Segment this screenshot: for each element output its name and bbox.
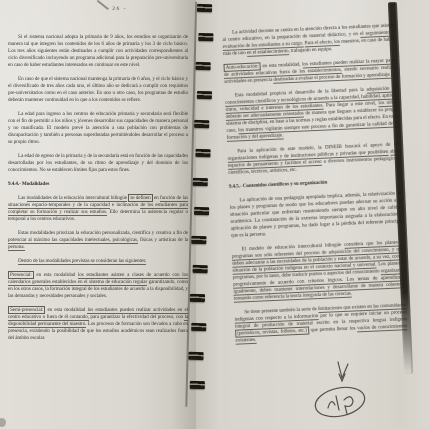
pen-underlined-text: persona. xyxy=(8,244,25,251)
text-segment: en esta modalidad xyxy=(34,272,78,278)
text-segment: En caso de que el sistema nacional mante… xyxy=(8,76,188,103)
text-segment: La edad para ingreso a los centros de ed… xyxy=(8,111,188,145)
section-heading: 9.4.5.- Contenidos científicos y su orga… xyxy=(229,176,401,190)
paragraph: Si el sistema nacional adopta la primari… xyxy=(8,34,188,69)
paragraph: Se tiene presente también la serie de li… xyxy=(234,302,407,344)
binding-tooth xyxy=(190,294,205,302)
text-segment: e inclinación xyxy=(110,202,141,208)
text-segment: La edad de egreso de la primaria y de la… xyxy=(8,153,188,173)
scan-artifact xyxy=(97,0,109,10)
binding-tooth xyxy=(197,91,212,99)
binding-tooth xyxy=(188,352,203,360)
text-segment: en esta modalidad xyxy=(45,307,87,313)
paragraph: La edad para ingreso a los centros de ed… xyxy=(8,111,188,146)
binding-tooth xyxy=(191,236,206,244)
section-heading: 9.4.4.- Modalidades xyxy=(8,181,188,188)
right-page: La actividad docente se centra en la ate… xyxy=(196,0,429,429)
paragraph: Semi-presencial: en esta modalidad los e… xyxy=(8,307,188,342)
paragraph: Auto-educación: en esta modalidad, los e… xyxy=(224,57,397,85)
text-segment: La aplicación de una pedagogía apropiada… xyxy=(230,190,403,238)
page-number: - 26 - xyxy=(106,6,127,12)
paragraph: Estas modalidades priorizan la educación… xyxy=(8,230,188,251)
scan-artifact xyxy=(0,418,6,427)
binding-tooth xyxy=(197,4,212,12)
pen-underlined-text: en el establecimiento xyxy=(247,48,289,57)
left-page: - 26 - Si el sistema nacional adopta la … xyxy=(0,0,196,429)
paragraph: El modelo de educación intercultural bil… xyxy=(231,239,405,302)
binding-tooth xyxy=(191,323,206,331)
text-segment: para garantizar la efectividad del proce… xyxy=(89,314,185,320)
binding-tooth xyxy=(195,149,210,157)
pen-boxed-text: Presencial: xyxy=(8,271,34,279)
paragraph: Para la aplicación de este modelo, la DI… xyxy=(227,141,400,176)
paragraph: La aplicación de una pedagogía apropiada… xyxy=(229,190,403,239)
binding-tooth xyxy=(198,33,213,41)
pen-underlined-text: Dentro de las modalidades previstas se c… xyxy=(18,258,146,265)
binding-tooth xyxy=(196,62,211,70)
binding-tooth xyxy=(190,381,205,389)
scanned-book-spread: - 26 - Si el sistema nacional adopta la … xyxy=(0,0,429,429)
text-segment: que permita llenar los xyxy=(309,325,358,333)
paragraph: Presencial: en esta modalidad los estudi… xyxy=(8,272,188,300)
text-segment: en xyxy=(153,195,160,201)
pen-boxed-text: Semi-presencial: xyxy=(8,306,45,314)
paragraph: La actividad docente se centra en la ate… xyxy=(222,22,395,57)
paragraph: Esta modalidad propicia el desarrollo de… xyxy=(225,85,399,141)
text-segment: Estas modalidades priorizan la educación… xyxy=(18,230,188,236)
binding-tooth xyxy=(194,120,209,128)
pen-underlined-text: modalidades de la educación intercultura… xyxy=(27,195,127,202)
paragraph: Las modalidades de la educación intercul… xyxy=(8,195,188,223)
pen-underlined-text: potenciar al máximo las capacidades inte… xyxy=(8,237,138,244)
binding-tooth xyxy=(193,265,208,273)
paragraph: En caso de que el sistema nacional mante… xyxy=(8,76,188,104)
text-segment: Las xyxy=(18,195,27,201)
pen-boxed-text: se definen xyxy=(128,194,152,202)
binding-tooth xyxy=(193,178,208,186)
paragraph: La edad de egreso de la primaria y de la… xyxy=(8,153,188,174)
paragraph: Dentro de las modalidades previstas se c… xyxy=(8,258,188,265)
handwritten-signature xyxy=(298,358,384,426)
text-segment: 9.4.4.- Modalidades xyxy=(8,181,49,187)
text-segment: , trabajarán en equipo. xyxy=(288,46,332,54)
right-page-text: La actividad docente se centra en la ate… xyxy=(222,22,408,351)
binding-tooth xyxy=(194,207,209,215)
text-segment: Si el sistema nacional adopta la primari… xyxy=(8,34,188,68)
left-page-text: Si el sistema nacional adopta la primari… xyxy=(8,34,188,349)
text-segment: 9.4.5.- Contenidos científicos y su orga… xyxy=(229,180,328,190)
